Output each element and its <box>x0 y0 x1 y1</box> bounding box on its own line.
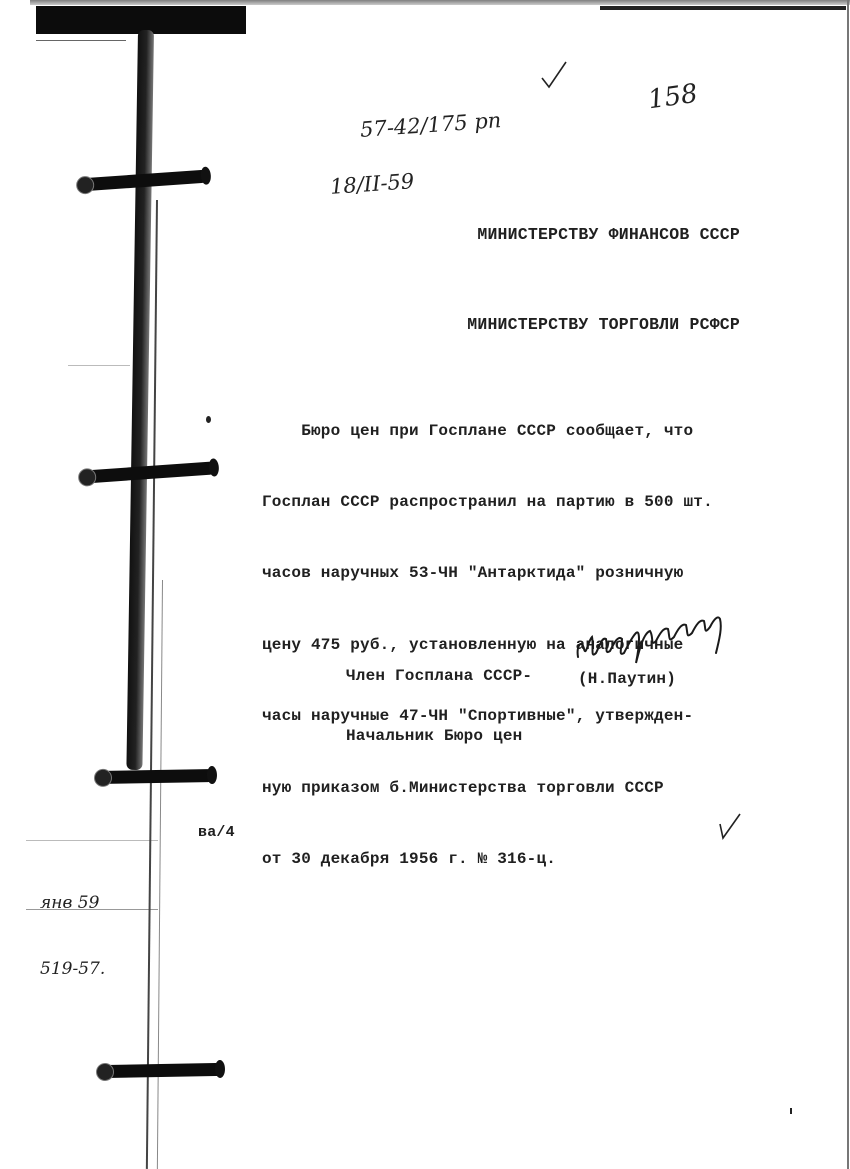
body-line: от 30 декабря 1956 г. № 316-ц. <box>262 848 713 872</box>
signature-icon <box>570 597 740 672</box>
scan-top-edge-shadow <box>600 6 846 10</box>
signatory-title-line: Член Госплана СССР- <box>346 666 532 686</box>
archive-stamp-line: 519-57. <box>40 958 105 980</box>
paper-fold-mark <box>68 365 130 366</box>
scan-right-edge <box>847 0 849 1169</box>
signatory-title-line: Начальник Бюро цен <box>346 726 532 746</box>
binding-stitch-3 <box>98 769 214 784</box>
registration-date-handwritten: 18/II-59 <box>329 169 415 199</box>
folder-cover-line <box>36 40 126 41</box>
scan-top-edge <box>30 0 850 5</box>
addressee-block: МИНИСТЕРСТВУ ФИНАНСОВ СССР МИНИСТЕРСТВУ … <box>440 160 740 370</box>
ink-speck <box>790 1108 792 1114</box>
body-line: Госплан СССР распространил на партию в 5… <box>262 491 713 515</box>
checkmark-icon <box>718 812 746 842</box>
body-line: часов наручных 53-ЧН "Антарктида" рознич… <box>262 562 713 586</box>
checkmark-icon <box>540 60 568 90</box>
signatory-title: Член Госплана СССР- Начальник Бюро цен <box>346 626 532 766</box>
binding-stitch-2 <box>82 461 217 483</box>
reference-number-handwritten: 57-42/175 рп <box>359 108 502 142</box>
typist-reference: ва/4 <box>198 824 235 841</box>
body-line: Бюро цен при Госплане СССР сообщает, что <box>262 420 713 444</box>
signatory-name: (Н.Паутин) <box>578 670 676 688</box>
archive-stamp-handwritten: янв 59 519-57. <box>40 848 105 1002</box>
body-line: ную приказом б.Министерства торговли ССС… <box>262 777 713 801</box>
ink-speck <box>206 416 211 423</box>
addressee-ministry-trade: МИНИСТЕРСТВУ ТОРГОВЛИ РСФСР <box>440 310 740 340</box>
binding-cord <box>126 30 154 770</box>
page-number-handwritten: 158 <box>646 79 699 116</box>
binding-stitch-4 <box>100 1063 222 1078</box>
addressee-ministry-finance: МИНИСТЕРСТВУ ФИНАНСОВ СССР <box>440 220 740 250</box>
archive-stamp-line: янв 59 <box>40 892 105 914</box>
